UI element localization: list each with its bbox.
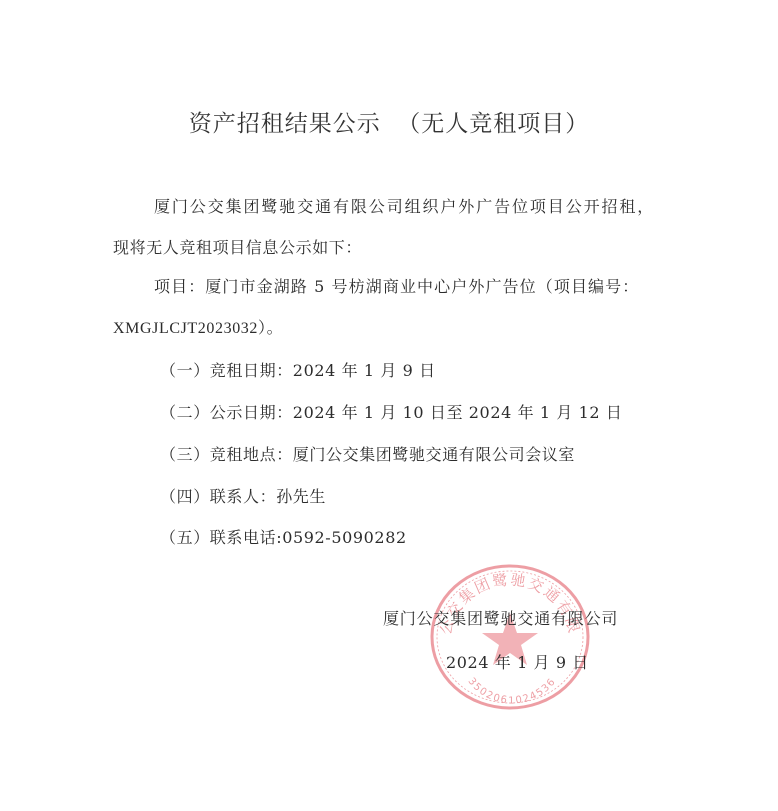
project-line-1: 项目：厦门市金湖路 5 号枋湖商业中心户外广告位（项目编号： [154, 274, 639, 297]
signature-date: 2024 年 1 月 9 日 [446, 650, 589, 673]
item-bid-date: （一）竞租日期：2024 年 1 月 9 日 [160, 358, 436, 381]
item-bid-location: （三）竞租地点：厦门公交集团鹭驰交通有限公司会议室 [160, 442, 575, 465]
document-page: 资产招租结果公示 （无人竞租项目） 厦门公交集团鹭驰交通有限公司组织户外广告位项… [0, 0, 778, 811]
official-seal-icon: 厦门公交集团鹭驰交通有限公司 3502061024536 [428, 563, 592, 711]
project-line-2: XMGJLCJT2023032）。 [113, 315, 283, 338]
item-notice-period: （二）公示日期：2024 年 1 月 10 日至 2024 年 1 月 12 日 [160, 400, 622, 423]
item-contact-phone: （五）联系电话:0592-5090282 [160, 525, 407, 548]
signature-organization: 厦门公交集团鹭驰交通有限公司 [383, 606, 618, 629]
intro-line-1: 厦门公交集团鹭驰交通有限公司组织户外广告位项目公开招租， [154, 194, 655, 217]
intro-line-2: 现将无人竞租项目信息公示如下： [113, 235, 362, 258]
item-contact-person: （四）联系人：孙先生 [160, 484, 326, 507]
svg-text:3502061024536: 3502061024536 [465, 676, 558, 706]
document-title: 资产招租结果公示 （无人竞租项目） [0, 105, 778, 138]
